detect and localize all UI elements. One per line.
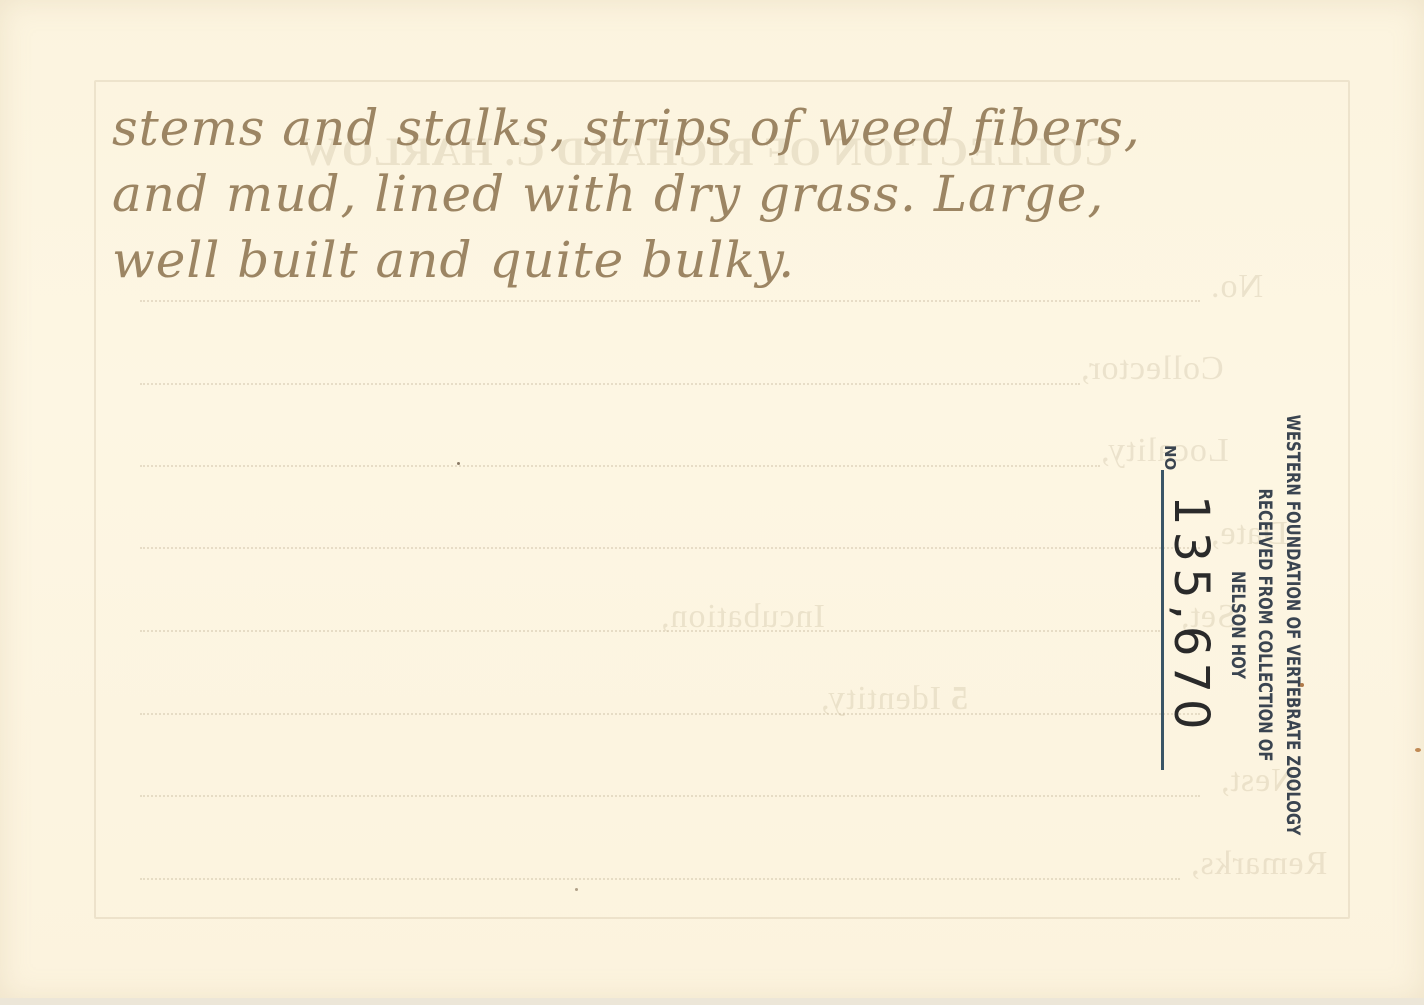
stamp-collector-name: NELSON HOY <box>1225 368 1251 883</box>
show-through-rule <box>140 383 1080 385</box>
handwritten-line-2: and mud, lined with dry grass. Large, <box>112 161 1392 227</box>
paper-speck <box>1415 748 1421 752</box>
card-bottom-edge <box>0 998 1424 1005</box>
stamp-received-from: RECEIVED FROM COLLECTION OF <box>1251 368 1279 883</box>
paper-speck <box>457 462 460 465</box>
show-through-rule <box>140 795 1200 797</box>
handwritten-line-3: well built and quite bulky. <box>112 227 1392 293</box>
show-through-rule <box>140 300 1200 302</box>
show-through-rule <box>140 630 1160 632</box>
stamp-number-value: 135,670 <box>1163 495 1219 736</box>
specimen-card-back: COLLECTION OF RICHARD C. HARLOW No. Coll… <box>0 0 1424 1000</box>
show-through-rule <box>140 465 1100 467</box>
stamp-number-row: NO 135,670 <box>1157 295 1217 955</box>
show-through-rule <box>140 878 1180 880</box>
show-through-rule <box>140 547 1200 549</box>
paper-speck <box>575 888 578 891</box>
stamp-institution: WESTERN FOUNDATION OF VERTEBRATE ZOOLOGY <box>1279 368 1307 883</box>
stamp-number-label: NO <box>1161 445 1179 470</box>
handwritten-line-1: stems and stalks, strips of weed fibers, <box>112 95 1392 161</box>
handwritten-note: stems and stalks, strips of weed fibers,… <box>112 95 1392 293</box>
show-through-rule <box>140 713 1200 715</box>
paper-speck <box>1300 683 1304 687</box>
